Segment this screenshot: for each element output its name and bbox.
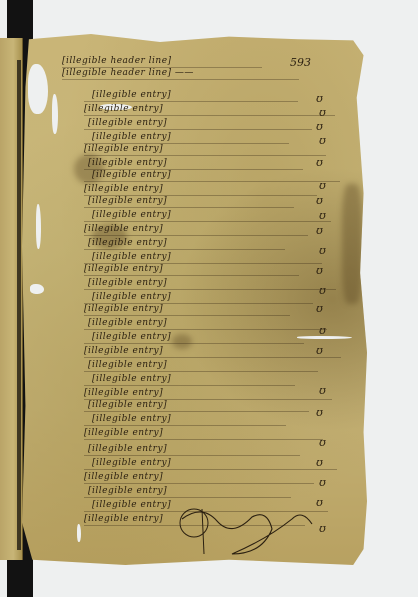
line-underscore [84,483,314,484]
line-text: [illegible entry] [92,458,171,468]
manuscript-line: [illegible header line] —— [22,68,367,84]
margin-amount: ʊ [316,194,323,207]
line-underscore [84,315,290,316]
margin-amount: ʊ [319,244,326,257]
line-text: [illegible entry] [92,292,171,302]
line-underscore [84,249,285,250]
margin-amount: ʊ [319,284,326,297]
margin-amount: ʊ [316,302,323,315]
line-text: [illegible entry] [84,224,163,234]
line-underscore [84,439,323,440]
line-text: [illegible entry] [84,472,163,482]
line-underscore [84,469,337,470]
line-text: [illegible entry] [92,170,171,180]
line-underscore [84,207,294,208]
line-underscore [84,235,308,236]
margin-amount: ʊ [316,156,323,169]
line-text: [illegible entry] [88,486,167,496]
line-underscore [84,411,309,412]
line-text: [illegible entry] [84,346,163,356]
line-text: [illegible entry] [92,414,171,424]
line-underscore [84,497,291,498]
line-text: [illegible entry] [88,400,167,410]
margin-amount: ʊ [319,384,326,397]
line-underscore [84,181,340,182]
line-underscore [84,101,298,102]
margin-amount: ʊ [316,224,323,237]
line-text: [illegible entry] [92,332,171,342]
line-underscore [62,79,299,80]
margin-amount: ʊ [316,264,323,277]
margin-amount: ʊ [316,120,323,133]
margin-amount: ʊ [319,324,326,337]
line-text: [illegible entry] [88,444,167,454]
line-underscore [84,115,335,116]
line-text: [illegible entry] [84,144,163,154]
line-text: [illegible entry] [84,428,163,438]
line-text: [illegible entry] [88,318,167,328]
line-text: [illegible entry] [92,132,171,142]
margin-amount: ʊ [316,406,323,419]
line-underscore [84,455,300,456]
line-underscore [84,343,304,344]
line-text: [illegible entry] [92,210,171,220]
line-text: [illegible header line] [62,56,172,66]
line-text: [illegible entry] [92,90,171,100]
line-underscore [84,289,336,290]
line-text: [illegible entry] [88,238,167,248]
margin-amount: ʊ [319,476,326,489]
manuscript-line: [illegible entry] [22,428,367,444]
margin-amount: ʊ [316,92,323,105]
line-underscore [84,425,286,426]
line-text: [illegible entry] [92,252,171,262]
manuscript-page: 593 [illegible header line][illegible he… [22,34,367,565]
line-underscore [84,329,327,330]
line-text: [illegible entry] [84,388,163,398]
line-text: [illegible entry] [88,118,167,128]
line-text: [illegible entry] [92,500,171,510]
line-text: [illegible entry] [84,304,163,314]
line-underscore [84,357,341,358]
line-underscore [84,371,318,372]
margin-amount: ʊ [319,106,326,119]
line-underscore [84,385,295,386]
margin-amount: ʊ [319,134,326,147]
margin-amount: ʊ [319,179,326,192]
margin-amount: ʊ [319,209,326,222]
line-underscore [84,275,299,276]
signature-flourish [172,499,332,559]
margin-amount: ʊ [316,344,323,357]
line-text: [illegible entry] [88,196,167,206]
line-text: [illegible entry] [88,278,167,288]
line-text: [illegible entry] [88,158,167,168]
line-underscore [84,155,326,156]
margin-amount: ʊ [316,456,323,469]
line-text: [illegible entry] [84,104,163,114]
line-underscore [84,129,312,130]
line-text: [illegible header line] —— [62,68,194,78]
margin-amount: ʊ [319,436,326,449]
line-text: [illegible entry] [84,264,163,274]
line-text: [illegible entry] [92,374,171,384]
gutter-line [17,60,21,550]
line-text: [illegible entry] [84,514,163,524]
line-underscore [84,221,331,222]
line-text: [illegible entry] [84,184,163,194]
line-text: [illegible entry] [88,360,167,370]
